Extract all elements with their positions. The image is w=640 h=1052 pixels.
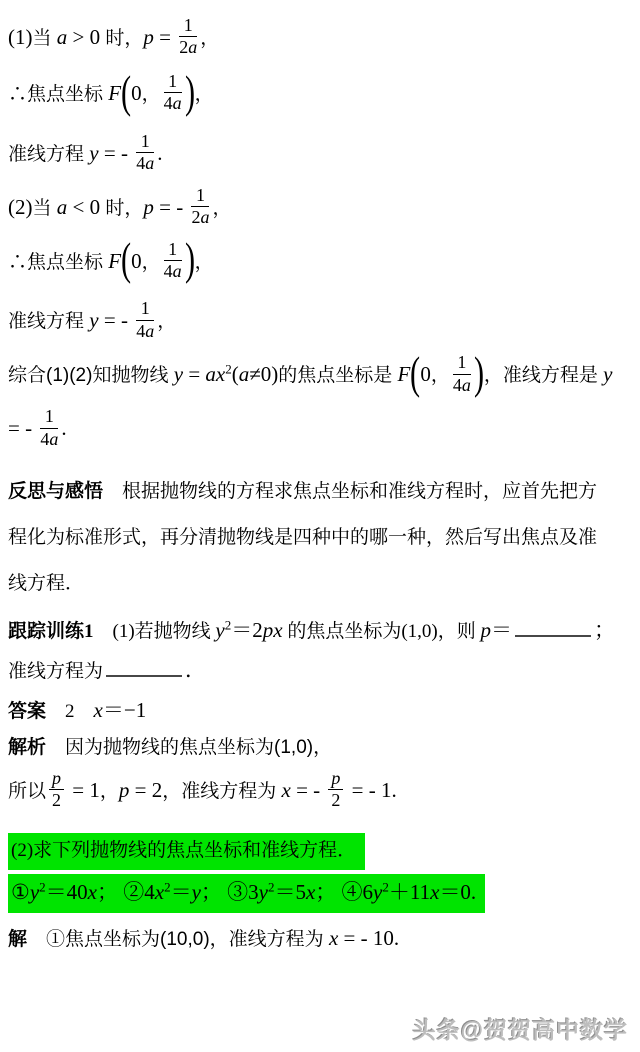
text-run: = - — [8, 416, 37, 440]
text-run: y — [215, 618, 224, 642]
text-run: = - 1. — [346, 778, 396, 802]
case2-focus-content: ∴焦点坐标 F(0，14a)， — [8, 242, 214, 284]
text-run: ，准线方程是 — [484, 365, 603, 386]
text-run: 线方程． — [8, 573, 84, 594]
text-run: ∴焦点坐标 — [8, 84, 108, 105]
text-run: ， — [200, 28, 219, 49]
text-run: 4 — [40, 429, 49, 449]
text-run: px — [263, 618, 283, 642]
summary-line2: = - 14a. — [8, 409, 634, 451]
text-run: ； ④6 — [315, 880, 373, 904]
text-run: a — [49, 429, 58, 449]
text-run: ； — [594, 618, 615, 642]
text-run: ＋11 — [389, 880, 430, 904]
text-run: ≠0) — [249, 362, 278, 386]
text-run: 1 — [184, 15, 193, 35]
text-run: y — [174, 362, 183, 386]
fraction-numerator: 1 — [191, 186, 209, 207]
summary-line1: 综合(1)(2)知抛物线 y = ax2(a≠0)的焦点坐标是 F(0，14a)… — [8, 355, 634, 397]
text-run: ①焦点坐标为(10,0)，准线方程为 — [27, 929, 329, 950]
fraction-denominator: 4a — [40, 429, 58, 449]
text-run: 4 — [136, 321, 145, 341]
text-run: x — [329, 926, 338, 950]
text-run: 4 — [453, 375, 462, 395]
text-run: 1 — [45, 406, 54, 426]
text-run: = - — [154, 195, 189, 219]
text-run: y — [192, 880, 201, 904]
text-run: ， — [195, 84, 214, 105]
fraction-numerator: 1 — [164, 72, 182, 93]
fraction-denominator: 4a — [164, 93, 182, 113]
text-run: y — [603, 362, 612, 386]
text-run: = — [154, 25, 176, 49]
part2-question-content: (2)求下列抛物线的焦点坐标和准线方程． — [8, 833, 365, 870]
text-run: a — [57, 25, 68, 49]
fraction-numerator: 1 — [179, 16, 197, 37]
text-run: ＝ — [171, 880, 192, 904]
text-run: 0 — [131, 248, 142, 272]
text-run: 0 — [420, 362, 431, 386]
text-run: y — [89, 141, 98, 165]
fraction-numerator: 1 — [453, 353, 471, 374]
text-run: ∴焦点坐标 — [8, 251, 108, 272]
text-run: 准线方程 — [8, 144, 89, 165]
text-run: 根据抛物线的方程求焦点坐标和准线方程时，应首先把方 — [103, 481, 597, 502]
analysis-line2-content: 所以p2 = 1，p = 2，准线方程为 x = - p2 = - 1. — [8, 771, 397, 813]
reflection-line2: 程化为标准形式，再分清抛物线是四种中的哪一种，然后写出焦点及准 — [8, 523, 634, 553]
case2-focus: ∴焦点坐标 F(0，14a)， — [8, 242, 634, 284]
text-run: 1 — [168, 71, 177, 91]
text-run: 答案 — [8, 701, 46, 722]
big-paren: ( — [121, 73, 131, 112]
reflection-line3-content: 线方程． — [8, 569, 84, 599]
fraction: p2 — [49, 769, 64, 811]
text-run: ax — [205, 362, 225, 386]
document-body: (1)当 a > 0 时，p = 12a，∴焦点坐标 F(0，14a)，准线方程… — [0, 0, 640, 955]
fraction: 14a — [136, 299, 154, 341]
case1-condition: (1)当 a > 0 时，p = 12a， — [8, 18, 634, 60]
fraction: 14a — [136, 132, 154, 174]
big-paren: ) — [474, 355, 484, 394]
text-run: x — [94, 698, 103, 722]
text-run: 0 — [131, 81, 142, 105]
case1-directrix-content: 准线方程 y = - 14a. — [8, 134, 162, 176]
summary-line1-content: 综合(1)(2)知抛物线 y = ax2(a≠0)的焦点坐标是 F(0，14a)… — [8, 355, 613, 397]
fraction: 12a — [191, 186, 209, 228]
case1-condition-content: (1)当 a > 0 时，p = 12a， — [8, 18, 219, 60]
text-run: F — [108, 248, 121, 272]
text-run: (2) — [8, 195, 33, 219]
text-run: 综合(1)(2)知抛物线 — [8, 365, 174, 386]
text-run: ＝40 — [46, 880, 88, 904]
text-run: 1 — [168, 239, 177, 259]
text-run: 4 — [164, 93, 173, 113]
text-run: a — [145, 153, 154, 173]
text-run: ， — [195, 251, 214, 272]
text-run: 的焦点坐标是 — [278, 365, 397, 386]
text-run: y — [30, 880, 39, 904]
text-run: 反思与感悟 — [8, 481, 103, 502]
text-run: a — [188, 37, 197, 57]
text-run: a — [173, 261, 182, 281]
fraction-numerator: p — [328, 769, 343, 790]
fraction-denominator: 4a — [136, 321, 154, 341]
text-run: F — [398, 362, 411, 386]
text-run: 1 — [196, 185, 205, 205]
fraction-numerator: 1 — [164, 240, 182, 261]
text-run: p — [331, 768, 340, 788]
text-run: 1 — [141, 298, 150, 318]
case2-condition-content: (2)当 a < 0 时，p = - 12a， — [8, 188, 232, 230]
fill-in-blank — [106, 671, 182, 677]
text-run: ． — [185, 658, 206, 682]
text-run: 程化为标准形式，再分清抛物线是四种中的哪一种，然后写出焦点及准 — [8, 527, 597, 548]
case2-directrix: 准线方程 y = - 14a， — [8, 301, 634, 343]
text-run: a — [145, 321, 154, 341]
text-run: p — [143, 25, 154, 49]
text-run: 的焦点坐标为(1,0)，则 — [283, 621, 481, 642]
fraction-denominator: 4a — [453, 375, 471, 395]
fraction-numerator: 1 — [136, 299, 154, 320]
text-run: x — [306, 880, 315, 904]
fraction: 12a — [179, 16, 197, 58]
text-run: ， — [212, 198, 231, 219]
case1-directrix: 准线方程 y = - 14a. — [8, 134, 634, 176]
text-run: (2)求下列抛物线的焦点坐标和准线方程． — [11, 840, 356, 861]
text-run: = - — [291, 778, 326, 802]
text-run: (1) — [8, 25, 33, 49]
analysis-line1-content: 解析 因为抛物线的焦点坐标为(1,0)， — [8, 733, 332, 763]
text-run: ( — [232, 362, 239, 386]
fraction-denominator: 4a — [164, 261, 182, 281]
text-run: a — [462, 375, 471, 395]
fraction-denominator: 2a — [179, 37, 197, 57]
text-run: ＝5 — [274, 880, 306, 904]
text-run: . — [157, 141, 162, 165]
text-run: . — [61, 416, 66, 440]
text-run: 解析 — [8, 737, 46, 758]
text-run: p — [480, 618, 491, 642]
text-run: > 0 — [67, 25, 105, 49]
answer-line: 答案 2 x＝−1 — [8, 695, 634, 727]
big-paren: ) — [185, 241, 195, 280]
text-run: 2 — [191, 207, 200, 227]
summary-line2-content: = - 14a. — [8, 409, 67, 451]
text-run: p — [52, 768, 61, 788]
text-run: x — [282, 778, 291, 802]
text-run: 1 — [457, 352, 466, 372]
fraction: 14a — [164, 72, 182, 114]
fraction: 14a — [453, 353, 471, 395]
text-run: 当 — [33, 28, 57, 49]
big-paren: ( — [121, 241, 131, 280]
part2-items: ①y2＝40x； ②4x2＝y； ③3y2＝5x； ④6y2＋11x＝0. — [8, 874, 634, 913]
training-question2-content: 准线方程为． — [8, 655, 206, 687]
text-run: ， — [142, 84, 161, 105]
text-run: x — [155, 880, 164, 904]
case1-focus-content: ∴焦点坐标 F(0，14a)， — [8, 74, 214, 116]
fraction-numerator: p — [49, 769, 64, 790]
text-run: 2 — [179, 37, 188, 57]
fraction-denominator: 2a — [191, 207, 209, 227]
text-run: F — [108, 81, 121, 105]
text-run: 准线方程 — [8, 311, 89, 332]
reflection-line1-content: 反思与感悟 根据抛物线的方程求焦点坐标和准线方程时，应首先把方 — [8, 477, 597, 507]
training-question2: 准线方程为． — [8, 655, 634, 687]
fraction: p2 — [328, 769, 343, 811]
training-question: 跟踪训练1 (1)若抛物线 y2＝2px 的焦点坐标为(1,0)，则 p＝； — [8, 615, 634, 647]
text-run: 4 — [164, 261, 173, 281]
part2-items-content: ①y2＝40x； ②4x2＝y； ③3y2＝5x； ④6y2＋11x＝0. — [8, 874, 485, 913]
text-run: y — [89, 308, 98, 332]
text-run: ， — [142, 251, 161, 272]
text-run: ， — [431, 365, 450, 386]
fraction-numerator: 1 — [40, 407, 58, 428]
solution-line: 解 ①焦点坐标为(10,0)，准线方程为 x = - 10. — [8, 923, 634, 955]
text-run: 4 — [136, 153, 145, 173]
text-run: 2 — [52, 790, 61, 810]
case2-directrix-content: 准线方程 y = - 14a， — [8, 301, 176, 343]
text-run: ； ②4 — [97, 880, 155, 904]
text-run: = 1 — [67, 778, 100, 802]
text-run: y — [373, 880, 382, 904]
training-question-content: 跟踪训练1 (1)若抛物线 y2＝2px 的焦点坐标为(1,0)，则 p＝； — [8, 615, 615, 647]
text-run: 准线方程为 — [8, 661, 103, 682]
text-run: 当 — [33, 198, 57, 219]
text-run: y — [259, 880, 268, 904]
text-run: ； ③3 — [201, 880, 259, 904]
text-run: 跟踪训练1 — [8, 621, 94, 642]
text-run: = - — [99, 141, 134, 165]
solution-line-content: 解 ①焦点坐标为(10,0)，准线方程为 x = - 10. — [8, 923, 399, 955]
big-paren: ) — [185, 73, 195, 112]
reflection-line3: 线方程． — [8, 569, 634, 599]
fill-in-blank — [515, 631, 591, 637]
text-run: p — [143, 195, 154, 219]
text-run: ① — [11, 880, 30, 904]
fraction-denominator: 4a — [136, 153, 154, 173]
text-run: = 2 — [129, 778, 162, 802]
text-run: ，准线方程为 — [162, 781, 281, 802]
watermark: 头条@贺贺高中数学 — [413, 1012, 628, 1045]
text-run: ＝2 — [231, 618, 263, 642]
text-run: 时， — [105, 198, 143, 219]
text-run: 因为抛物线的焦点坐标为(1,0)， — [46, 737, 332, 758]
text-run: p — [119, 778, 130, 802]
text-run: 2 — [46, 701, 94, 722]
text-run: 时， — [105, 28, 143, 49]
text-run: = - — [99, 308, 134, 332]
text-run: = — [183, 362, 205, 386]
part2-question: (2)求下列抛物线的焦点坐标和准线方程． — [8, 833, 634, 870]
fraction-denominator: 2 — [49, 790, 64, 810]
text-run: ＝ — [491, 618, 512, 642]
text-run: a — [57, 195, 68, 219]
text-run: a — [173, 93, 182, 113]
fraction-numerator: 1 — [136, 132, 154, 153]
fraction: 14a — [164, 240, 182, 282]
analysis-line2: 所以p2 = 1，p = 2，准线方程为 x = - p2 = - 1. — [8, 771, 634, 813]
text-run: 2 — [331, 790, 340, 810]
text-run: ＝−1 — [103, 698, 146, 722]
case2-condition: (2)当 a < 0 时，p = - 12a， — [8, 188, 634, 230]
text-run: a — [239, 362, 250, 386]
text-run: < 0 — [67, 195, 105, 219]
analysis-line1: 解析 因为抛物线的焦点坐标为(1,0)， — [8, 733, 634, 763]
text-run: ＝0. — [439, 880, 476, 904]
reflection-line2-content: 程化为标准形式，再分清抛物线是四种中的哪一种，然后写出焦点及准 — [8, 523, 597, 553]
text-run: 1 — [141, 131, 150, 151]
case1-focus: ∴焦点坐标 F(0，14a)， — [8, 74, 634, 116]
text-run: x — [88, 880, 97, 904]
text-run: ， — [157, 311, 176, 332]
big-paren: ( — [410, 355, 420, 394]
text-run: ， — [100, 781, 119, 802]
text-run: (1)若抛物线 — [94, 621, 216, 642]
reflection-line1: 反思与感悟 根据抛物线的方程求焦点坐标和准线方程时，应首先把方 — [8, 477, 634, 507]
text-run: = - 10. — [338, 926, 399, 950]
text-run: a — [200, 207, 209, 227]
text-run: 解 — [8, 929, 27, 950]
text-run: 所以 — [8, 781, 46, 802]
fraction-denominator: 2 — [328, 790, 343, 810]
answer-line-content: 答案 2 x＝−1 — [8, 695, 146, 727]
fraction: 14a — [40, 407, 58, 449]
